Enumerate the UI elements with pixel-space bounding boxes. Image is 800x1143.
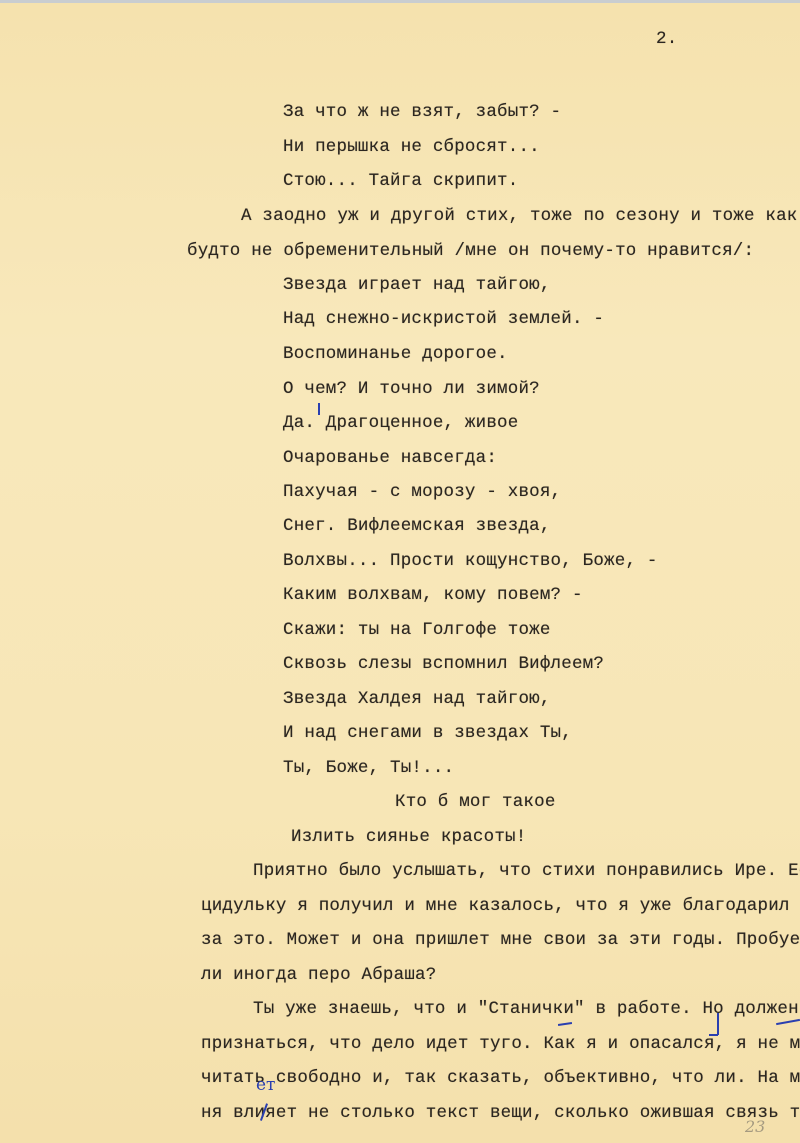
archive-folio-number: 23 [745, 1117, 765, 1136]
poem1-line: За что ж не взят, забыт? - [283, 102, 561, 122]
paragraph-line: читать свободно и, так сказать, объектив… [201, 1068, 800, 1088]
poem2-line: Ты, Боже, Ты!... [283, 758, 454, 778]
poem2-line: Снег. Вифлеемская звезда, [283, 516, 551, 536]
poem2-line: Очарованье навсегда: [283, 448, 497, 468]
poem2-line: О чем? И точно ли зимой? [283, 379, 540, 399]
paragraph-line: ня влияет не столько текст вещи, сколько… [201, 1103, 800, 1123]
poem2-line: Каким волхвам, кому повем? - [283, 585, 583, 605]
poem2-line: Сквозь слезы вспомнил Вифлеем? [283, 654, 604, 674]
poem2-line: И над снегами в звездах Ты, [283, 723, 572, 743]
poem2-line: Воспоминанье дорогое. [283, 344, 508, 364]
ink-correction-mark [709, 1034, 718, 1036]
poem2-line: Скажи: ты на Голгофе тоже [283, 620, 551, 640]
poem1-line: Ни перышка не сбросят... [283, 137, 540, 157]
ink-correction-mark [318, 403, 320, 415]
poem1-line: Стою... Тайга скрипит. [283, 171, 518, 191]
paragraph-line: цидульку я получил и мне казалось, что я… [201, 896, 800, 916]
poem2-line: Излить сиянье красоты! [291, 827, 526, 847]
poem2-line: Да. Драгоценное, живое [283, 413, 518, 433]
paragraph-line: будто не обременительный /мне он почему-… [187, 241, 754, 261]
paragraph-line: Приятно было услышать, что стихи понрави… [253, 861, 800, 881]
paragraph-line: за это. Может и она пришлет мне свои за … [201, 930, 800, 950]
poem2-line: Кто б мог такое [395, 792, 556, 812]
handwritten-insertion: ет [256, 1075, 275, 1095]
ink-underline-mark [558, 1022, 572, 1026]
ink-underline-mark [776, 1019, 800, 1025]
poem2-line: Пахучая - с морозу - хвоя, [283, 482, 561, 502]
paragraph-line: ли иногда перо Абраша? [201, 965, 436, 985]
poem2-line: Волхвы... Прости кощунство, Боже, - [283, 551, 658, 571]
typewritten-letter-page: 2. За что ж не взят, забыт? - Ни перышка… [0, 0, 800, 1143]
page-number: 2. [656, 29, 677, 49]
ink-correction-mark [717, 1013, 719, 1035]
poem2-line: Звезда играет над тайгою, [283, 275, 551, 295]
paragraph-line: признаться, что дело идет туго. Как я и … [201, 1034, 800, 1054]
poem2-line: Звезда Халдея над тайгою, [283, 689, 551, 709]
paragraph-line: А заодно уж и другой стих, тоже по сезон… [241, 206, 798, 226]
poem2-line: Над снежно-искристой землей. - [283, 309, 604, 329]
